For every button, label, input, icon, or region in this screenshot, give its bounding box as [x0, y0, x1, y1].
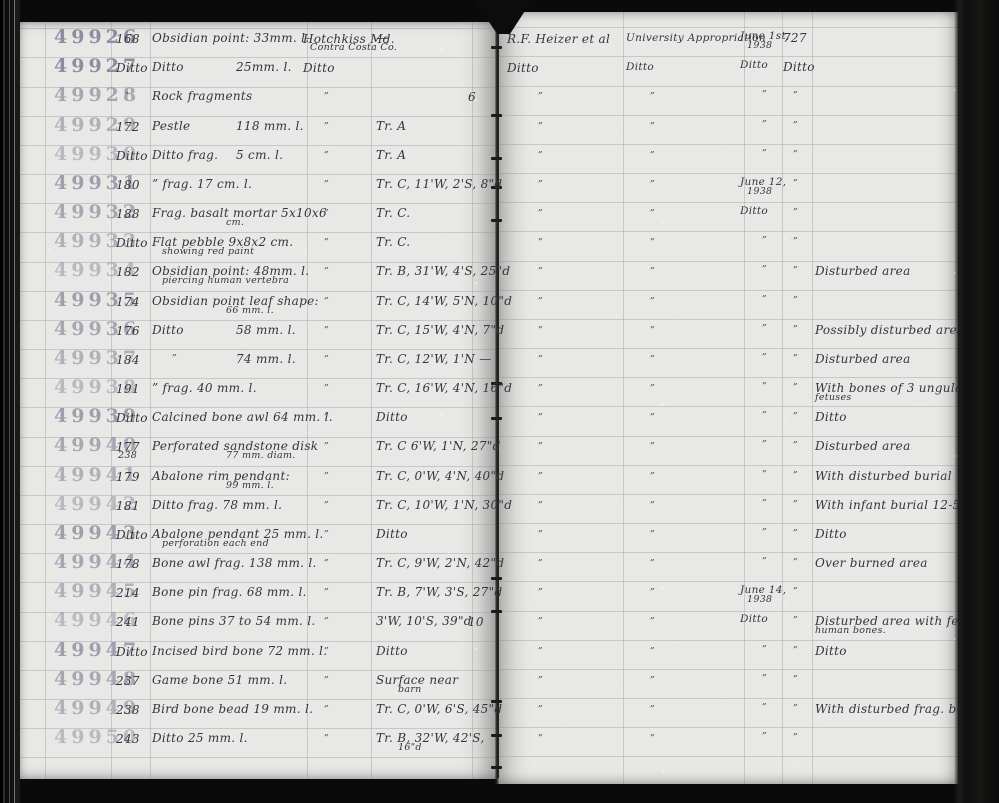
- object-description: Obsidian point: 33mm. l.: [152, 32, 309, 45]
- ruled-line: [497, 173, 958, 174]
- ruled-line: [497, 581, 958, 582]
- column-line: [150, 22, 151, 779]
- object-description-line2: 66 mm. l.: [226, 306, 274, 316]
- object-description-line2: 99 mm. l.: [226, 481, 274, 491]
- object-measurement: 58 mm. l.: [236, 324, 296, 337]
- provenience: Tr. C, 10'W, 1'N, 30"d: [376, 499, 512, 512]
- ruled-line: [497, 86, 958, 87]
- locality: ”: [324, 441, 330, 454]
- object-description: Pestle: [152, 120, 190, 133]
- field-number: 191: [116, 383, 140, 396]
- provenience-line2: 16"d: [398, 743, 422, 753]
- scanned-ledger-spread: 49926168Obsidian point: 33mm. l.Hotchkis…: [0, 0, 999, 803]
- column-line: [307, 22, 308, 779]
- object-description: Ditto 25 mm. l.: [152, 732, 248, 745]
- entry-date-line2: 1938: [747, 187, 772, 197]
- field-number: Ditto: [116, 62, 148, 75]
- locality: ”: [324, 646, 330, 659]
- accession-number: ”: [793, 411, 799, 424]
- object-description-line2: showing red paint: [162, 247, 254, 257]
- locality: ”: [324, 266, 330, 279]
- remarks: Ditto: [815, 411, 847, 424]
- remarks-line2: fetuses: [815, 393, 852, 403]
- collector: ”: [538, 587, 544, 600]
- object-description: Ditto frag.: [152, 149, 218, 162]
- locality: ”: [324, 675, 330, 688]
- entry-date: ”: [762, 148, 768, 161]
- locality: ”: [324, 237, 330, 250]
- fund-source: ”: [650, 704, 656, 717]
- entry-date: ”: [762, 644, 768, 657]
- accession-number: ”: [793, 470, 799, 483]
- remarks: Disturbed area: [815, 265, 911, 278]
- collector: ”: [538, 325, 544, 338]
- fund-source: ”: [650, 121, 656, 134]
- check-mark: [491, 734, 502, 737]
- entry-date: ”: [762, 89, 768, 102]
- field-number: Ditto: [116, 412, 148, 425]
- object-measurement: 74 mm. l.: [236, 353, 296, 366]
- locality: ”: [324, 208, 330, 221]
- collector: ”: [538, 383, 544, 396]
- fund-source: ”: [650, 91, 656, 104]
- field-number-line2: 238: [118, 451, 137, 461]
- locality: ”: [324, 500, 330, 513]
- ruled-line: [497, 640, 958, 641]
- locality: ”: [324, 733, 330, 746]
- object-description: Bone pins 37 to 54 mm. l.: [152, 615, 315, 628]
- ruled-line: [497, 698, 958, 699]
- accession-number: ”: [793, 528, 799, 541]
- entry-date: ”: [762, 119, 768, 132]
- accession-number: ”: [793, 732, 799, 745]
- provenience: Tr. A: [376, 149, 406, 162]
- check-mark: [491, 577, 502, 580]
- locality: ”: [324, 150, 330, 163]
- accession-number: ”: [793, 499, 799, 512]
- locality: ”: [324, 616, 330, 629]
- ruled-line: [497, 290, 958, 291]
- locality: ”: [324, 704, 330, 717]
- field-number: 168: [116, 33, 140, 46]
- ruled-line: [497, 115, 958, 116]
- field-number: 180: [116, 179, 140, 192]
- collector: ”: [538, 412, 544, 425]
- object-description: Bone pin frag. 68 mm. l.: [152, 586, 307, 599]
- ruled-line: [497, 406, 958, 407]
- ruled-line: [497, 27, 958, 28]
- fund-source: Ditto: [626, 62, 654, 73]
- check-mark: [491, 417, 502, 420]
- accession-number: ”: [793, 645, 799, 658]
- specimen-count: 6: [468, 91, 476, 104]
- accession-number: ”: [793, 703, 799, 716]
- ledger-left-page: [18, 22, 497, 779]
- ruled-line: [497, 523, 958, 524]
- entry-date: ”: [762, 235, 768, 248]
- column-line: [472, 22, 473, 779]
- fund-source: ”: [650, 733, 656, 746]
- column-line: [744, 12, 745, 784]
- collector: ”: [538, 646, 544, 659]
- ruled-line: [497, 727, 958, 728]
- accession-number: ”: [793, 586, 799, 599]
- object-description-line2: 77 mm. diam.: [226, 451, 296, 461]
- object-description: Ditto: [152, 61, 184, 74]
- fund-source: ”: [650, 529, 656, 542]
- locality: ”: [324, 383, 330, 396]
- provenience: Ditto: [376, 528, 408, 541]
- fund-source: ”: [650, 208, 656, 221]
- column-line: [812, 12, 813, 784]
- book-gutter-line: [497, 26, 499, 778]
- ruled-line: [497, 348, 958, 349]
- collector: R.F. Heizer et al: [507, 33, 610, 46]
- fund-source: ”: [650, 150, 656, 163]
- collector: ”: [538, 558, 544, 571]
- collector: ”: [538, 616, 544, 629]
- fund-source: ”: [650, 587, 656, 600]
- accession-number: ”: [793, 382, 799, 395]
- field-number: 237: [116, 675, 140, 688]
- field-number: ”: [124, 91, 130, 104]
- accession-number: ”: [793, 149, 799, 162]
- entry-date: ”: [762, 294, 768, 307]
- collector: ”: [538, 471, 544, 484]
- accession-number: 727: [783, 32, 807, 45]
- remarks: Ditto: [815, 528, 847, 541]
- column-line: [45, 22, 46, 779]
- ruled-line: [497, 261, 958, 262]
- provenience: Tr. C, 0'W, 6'S, 45"d: [376, 703, 502, 716]
- fund-source: ”: [650, 471, 656, 484]
- ruled-line: [497, 552, 958, 553]
- provenience: Tr. C, 14'W, 5'N, 10"d: [376, 295, 512, 308]
- collector: ”: [538, 354, 544, 367]
- entry-date: ”: [762, 352, 768, 365]
- remarks: Over burned area: [815, 557, 928, 570]
- fund-source: ”: [650, 441, 656, 454]
- check-mark: [491, 610, 502, 613]
- object-measurement: 25mm. l.: [236, 61, 292, 74]
- provenience: Tr. B, 7'W, 3'S, 27"d: [376, 586, 502, 599]
- locality: ”: [324, 354, 330, 367]
- collector: ”: [538, 179, 544, 192]
- collector: ”: [538, 733, 544, 746]
- ruled-line: [18, 757, 497, 758]
- object-description: Incised bird bone 72 mm. l.: [152, 645, 327, 658]
- fund-source: ”: [650, 558, 656, 571]
- object-description: ” frag. 17 cm. l.: [152, 178, 252, 191]
- object-measurement: 5 cm. l.: [236, 149, 283, 162]
- field-number: 184: [116, 354, 140, 367]
- column-line: [623, 12, 624, 784]
- entry-date: Ditto: [740, 614, 768, 625]
- entry-date: Ditto: [740, 206, 768, 217]
- ruled-line: [497, 56, 958, 57]
- provenience: Tr. C, 15'W, 4'N, 7"d: [376, 324, 504, 337]
- field-number: 241: [116, 616, 140, 629]
- field-number: Ditto: [116, 646, 148, 659]
- remarks: Disturbed area: [815, 353, 911, 366]
- page-edge-left: [0, 0, 20, 803]
- field-number: 238: [116, 704, 140, 717]
- ruled-line: [497, 231, 958, 232]
- collector: ”: [538, 441, 544, 454]
- entry-date: ”: [762, 381, 768, 394]
- entry-date: ”: [762, 264, 768, 277]
- collector: ”: [538, 237, 544, 250]
- check-mark: [491, 114, 502, 117]
- locality: ”: [324, 587, 330, 600]
- provenience: Tr. C, 12'W, 1'N —: [376, 353, 492, 366]
- accession-number: ”: [793, 207, 799, 220]
- entry-date: ”: [762, 673, 768, 686]
- collector: ”: [538, 675, 544, 688]
- entry-date: ”: [762, 731, 768, 744]
- fund-source: ”: [650, 325, 656, 338]
- ruled-line: [497, 202, 958, 203]
- column-line: [111, 22, 112, 779]
- ruled-line: [497, 319, 958, 320]
- provenience: Tr. C.: [376, 236, 410, 249]
- object-measurement: 118 mm. l.: [236, 120, 304, 133]
- column-line: [371, 22, 372, 779]
- provenience: Tr. B, 32'W, 42'S,: [376, 732, 485, 745]
- fund-source: ”: [650, 412, 656, 425]
- collector: ”: [538, 500, 544, 513]
- field-number: 176: [116, 325, 140, 338]
- fund-source: ”: [650, 296, 656, 309]
- accession-number: ”: [793, 353, 799, 366]
- check-mark: [491, 219, 502, 222]
- remarks: Possibly disturbed area: [815, 324, 964, 337]
- accession-number: ”: [793, 236, 799, 249]
- provenience: Tr. C, 0'W, 4'N, 40"d: [376, 470, 504, 483]
- field-number: 214: [116, 587, 140, 600]
- collector: ”: [538, 296, 544, 309]
- ruled-line: [497, 611, 958, 612]
- fund-source: ”: [650, 237, 656, 250]
- fund-source: ”: [650, 354, 656, 367]
- accession-number: ”: [793, 90, 799, 103]
- provenience: Tr. C, 16'W, 4'N, 16"d: [376, 382, 512, 395]
- field-number: 182: [116, 266, 140, 279]
- entry-date: ”: [762, 469, 768, 482]
- check-mark: [491, 157, 502, 160]
- provenience: Tr. C, 9'W, 2'N, 42"d: [376, 557, 504, 570]
- accession-number: ”: [793, 265, 799, 278]
- ruled-line: [497, 144, 958, 145]
- fund-source: ”: [650, 383, 656, 396]
- locality: ”: [324, 412, 330, 425]
- object-description-line2: cm.: [226, 218, 244, 228]
- remarks-line2: human bones.: [815, 626, 886, 636]
- accession-number: ”: [793, 324, 799, 337]
- entry-date-line2: 1938: [747, 595, 772, 605]
- entry-date: ”: [762, 556, 768, 569]
- collector: ”: [538, 529, 544, 542]
- page-edge-right: [954, 0, 999, 803]
- fund-source: ”: [650, 500, 656, 513]
- fund-source: ”: [650, 646, 656, 659]
- accession-number: Ditto: [783, 61, 815, 74]
- accession-number: ”: [793, 178, 799, 191]
- object-description-line2: perforation each end: [162, 539, 269, 549]
- ruled-line: [497, 465, 958, 466]
- entry-date-line2: 1938: [747, 41, 772, 51]
- ruled-line: [497, 756, 958, 757]
- provenience: Ditto: [376, 645, 408, 658]
- object-description: Calcined bone awl 64 mm. l.: [152, 411, 333, 424]
- provenience: Tr. C, 11'W, 2'S, 8"d: [376, 178, 502, 191]
- object-description: Bird bone bead 19 mm. l.: [152, 703, 313, 716]
- check-mark: [491, 46, 502, 49]
- entry-date: ”: [762, 323, 768, 336]
- ledger-scan: { "colors": { "paper": "#e8e8e6", "ink":…: [0, 0, 999, 803]
- object-description: Bone awl frag. 138 mm. l.: [152, 557, 317, 570]
- locality: ”: [324, 558, 330, 571]
- column-line: [782, 12, 783, 784]
- provenience: Ditto: [376, 411, 408, 424]
- collector: ”: [538, 208, 544, 221]
- collector: ”: [538, 91, 544, 104]
- remarks: Ditto: [815, 645, 847, 658]
- field-number: 178: [116, 558, 140, 571]
- entry-date: ”: [762, 702, 768, 715]
- remarks: With disturbed burial: [815, 470, 952, 483]
- collector: ”: [538, 121, 544, 134]
- check-mark: [491, 766, 502, 769]
- object-description: Ditto: [152, 324, 184, 337]
- entry-date: ”: [762, 410, 768, 423]
- ruled-line: [497, 436, 958, 437]
- locality: ”: [324, 325, 330, 338]
- accession-number: ”: [793, 557, 799, 570]
- ruled-line: [497, 669, 958, 670]
- field-number: 243: [116, 733, 140, 746]
- collector: Ditto: [507, 62, 539, 75]
- object-description: Rock fragments: [152, 90, 252, 103]
- locality: ”: [324, 121, 330, 134]
- provenience: Tr. A: [376, 120, 406, 133]
- entry-date: ”: [762, 527, 768, 540]
- provenience: —: [376, 32, 388, 45]
- locality: ”: [324, 529, 330, 542]
- field-number: Ditto: [116, 529, 148, 542]
- object-description: ” frag. 40 mm. l.: [152, 382, 257, 395]
- locality: ”: [324, 179, 330, 192]
- field-number: Ditto: [116, 150, 148, 163]
- ruled-line: [497, 494, 958, 495]
- locality: ”: [324, 471, 330, 484]
- field-number: 179: [116, 471, 140, 484]
- field-number: 188: [116, 208, 140, 221]
- entry-date: ”: [762, 498, 768, 511]
- provenience: Tr. C.: [376, 207, 410, 220]
- entry-date: ”: [762, 439, 768, 452]
- field-number: 172: [116, 121, 140, 134]
- object-description: Ditto frag. 78 mm. l.: [152, 499, 282, 512]
- fund-source: ”: [650, 266, 656, 279]
- collector: ”: [538, 150, 544, 163]
- object-description: Game bone 51 mm. l.: [152, 674, 287, 687]
- collector: ”: [538, 266, 544, 279]
- collector: ”: [538, 704, 544, 717]
- remarks: Disturbed area: [815, 440, 911, 453]
- ruled-line: [497, 377, 958, 378]
- accession-number: ”: [793, 615, 799, 628]
- accession-number: ”: [793, 674, 799, 687]
- accession-number: ”: [793, 295, 799, 308]
- locality: ”: [324, 91, 330, 104]
- object-description: ”: [172, 353, 178, 366]
- fund-source: ”: [650, 179, 656, 192]
- accession-number: ”: [793, 440, 799, 453]
- provenience: Tr. B, 31'W, 4'S, 25"d: [376, 265, 510, 278]
- entry-date: Ditto: [740, 60, 768, 71]
- object-description-line2: piercing human vertebra: [162, 276, 289, 286]
- locality: ”: [324, 296, 330, 309]
- accession-number: ”: [793, 120, 799, 133]
- fund-source: ”: [650, 675, 656, 688]
- specimen-count: 10: [468, 616, 484, 629]
- provenience: Tr. C 6'W, 1'N, 27"d: [376, 440, 501, 453]
- field-number: 181: [116, 500, 140, 513]
- fund-source: ”: [650, 616, 656, 629]
- field-number: 174: [116, 296, 140, 309]
- provenience: 3'W, 10'S, 39"d: [376, 615, 472, 628]
- provenience-line2: barn: [398, 685, 422, 695]
- locality: Ditto: [303, 62, 335, 75]
- field-number: Ditto: [116, 237, 148, 250]
